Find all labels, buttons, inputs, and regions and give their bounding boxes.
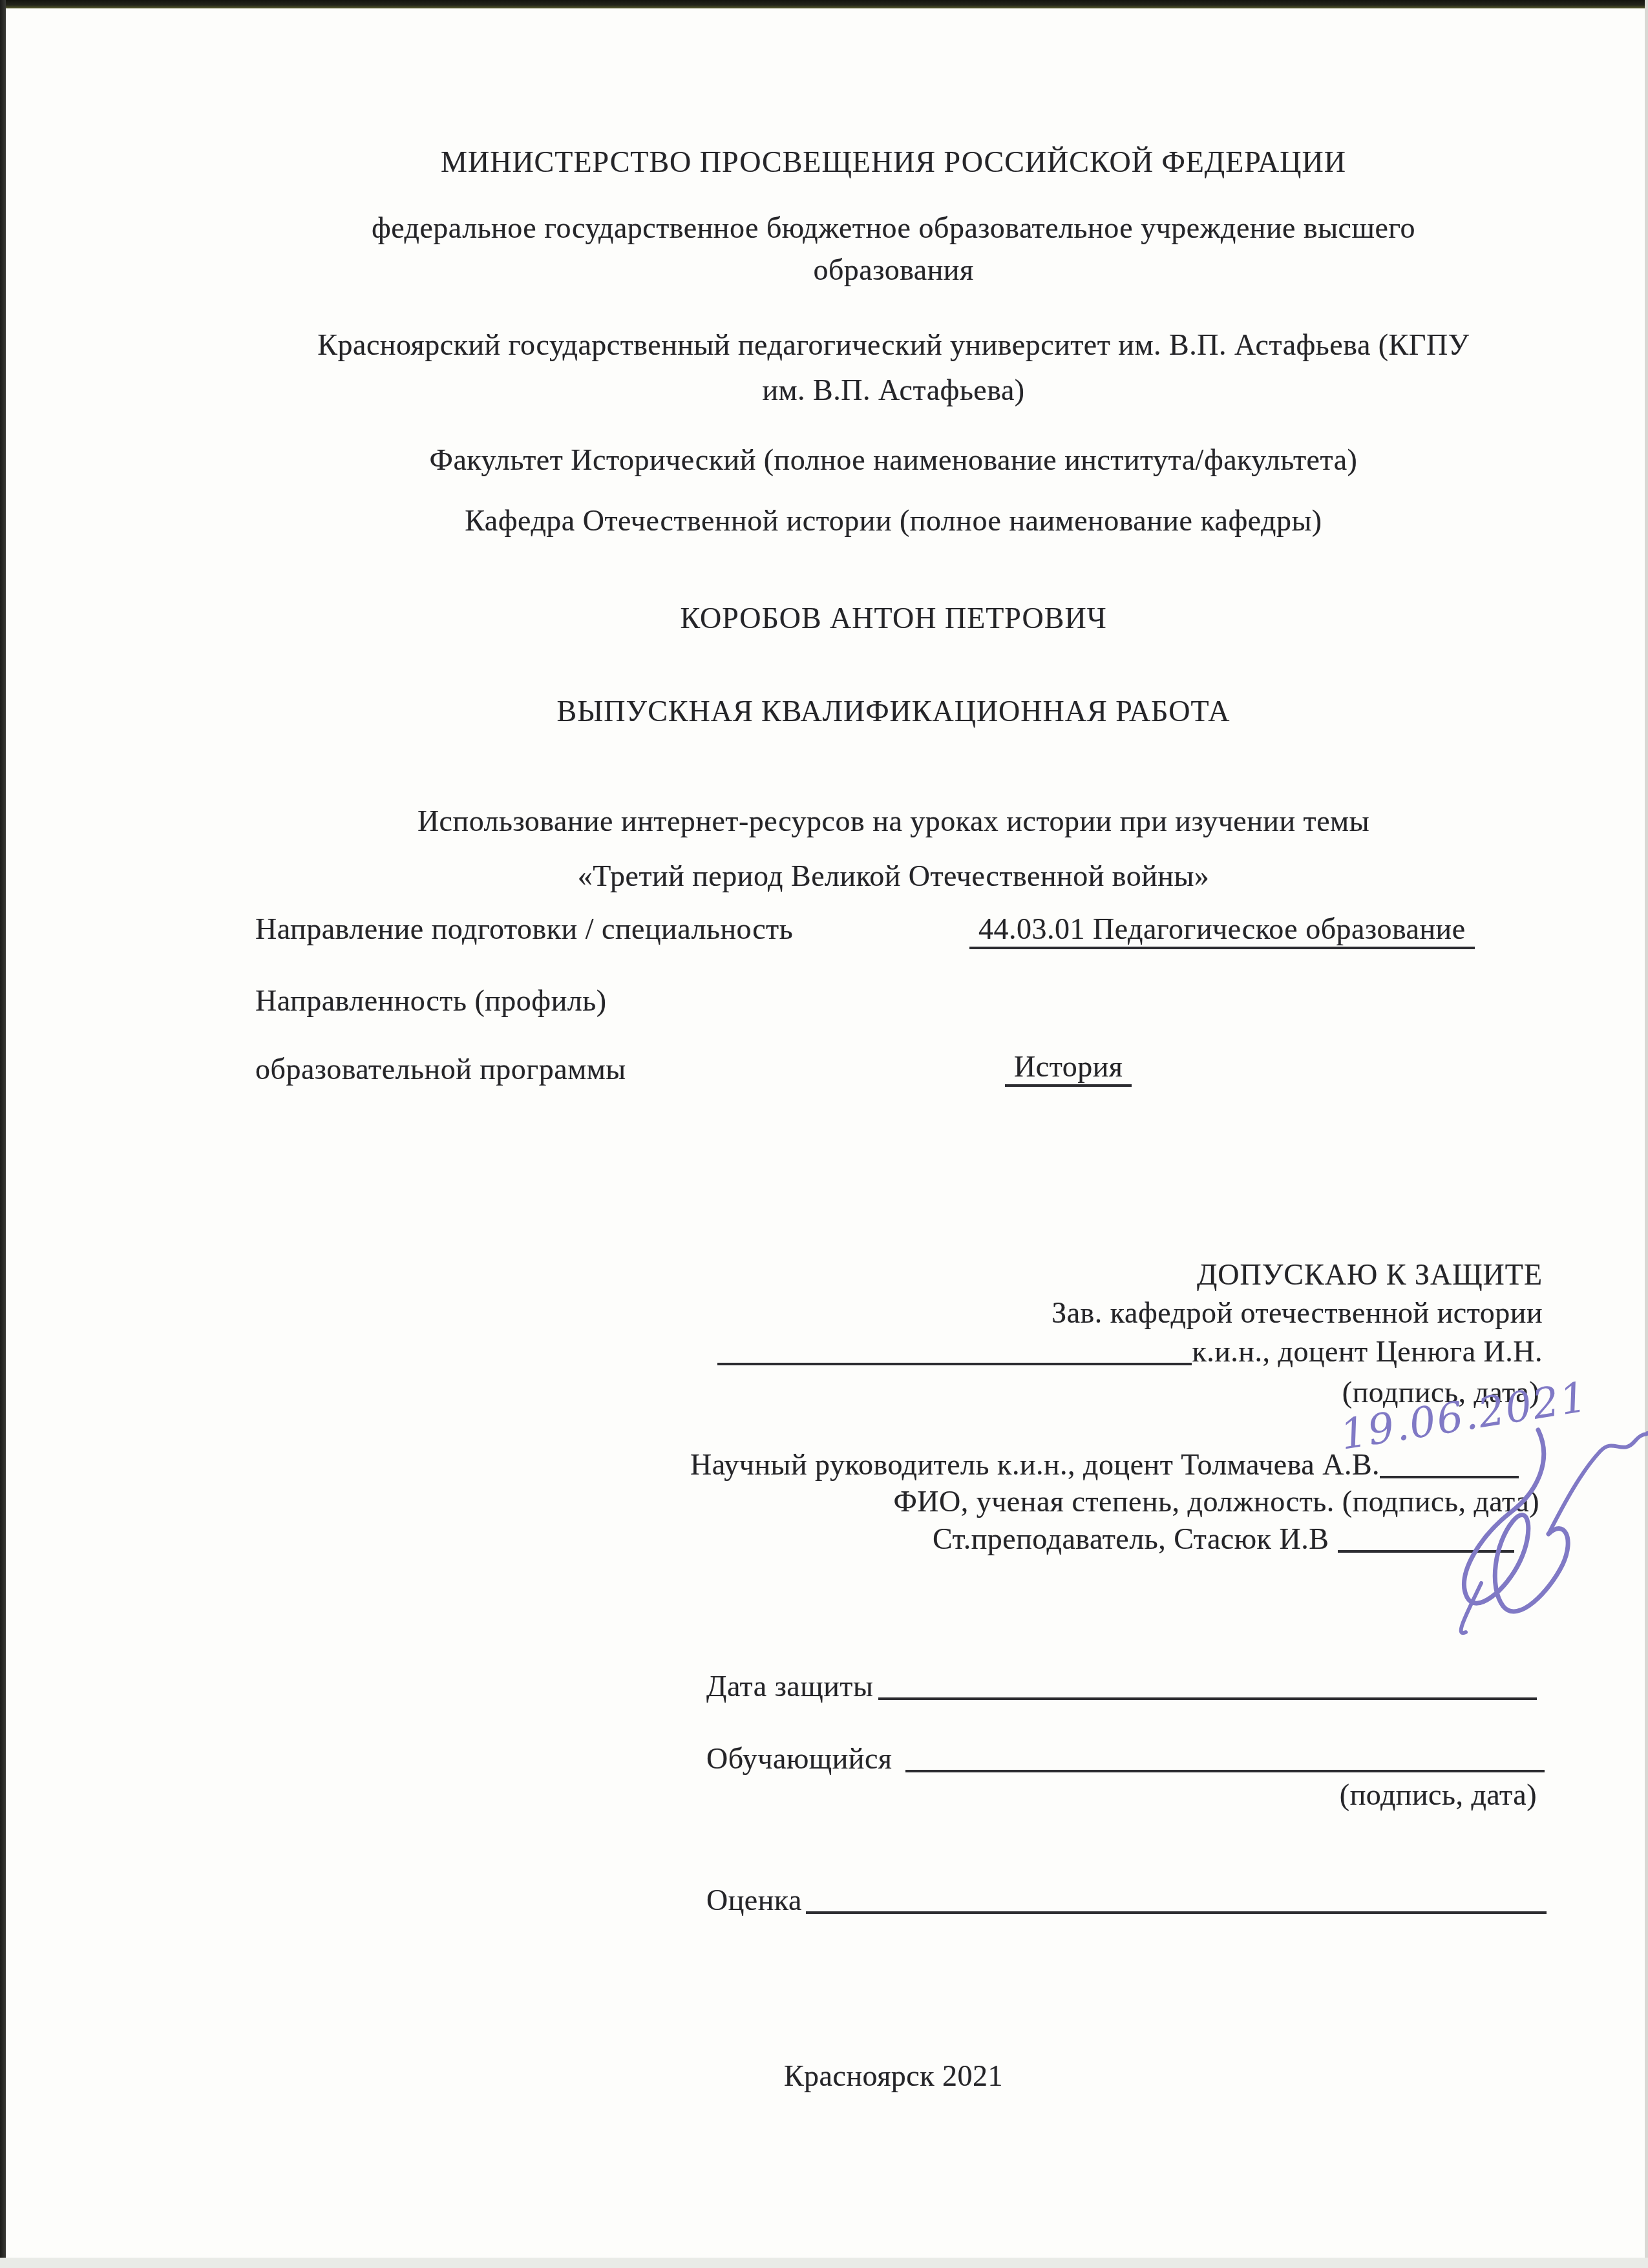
supervisor-signature-line <box>1380 1476 1519 1478</box>
signature-note-approval: (подпись, дата) <box>1342 1374 1539 1411</box>
head-signature-line <box>717 1363 1192 1365</box>
scan-artifact-bottom-edge <box>0 2258 1648 2268</box>
scan-artifact-left-edge <box>0 0 6 2268</box>
faculty-line: Факультет Исторический (полное наименова… <box>249 442 1538 478</box>
work-type-heading: ВЫПУСКНАЯ КВАЛИФИКАЦИОННАЯ РАБОТА <box>249 693 1538 730</box>
head-signature-caption: к.и.н., доцент Ценюга И.Н. <box>1192 1334 1543 1370</box>
grade-line <box>806 1911 1547 1914</box>
signature-descender-stroke <box>1461 1583 1481 1633</box>
author-name: КОРОБОВ АНТОН ПЕТРОВИЧ <box>249 600 1538 636</box>
scan-artifact-top-edge <box>0 0 1648 8</box>
supervisor-line: Научный руководитель к.и.н., доцент Толм… <box>690 1447 1380 1483</box>
signature-tail-stroke <box>1548 1433 1647 1534</box>
supervisor-note: ФИО, ученая степень, должность. (подпись… <box>893 1484 1539 1520</box>
defense-date-line <box>878 1697 1537 1700</box>
direction-value: 44.03.01 Педагогическое образование <box>969 912 1475 949</box>
approval-heading: ДОПУСКАЮ К ЗАЩИТЕ <box>1197 1257 1543 1293</box>
defense-date-label: Дата защиты <box>706 1668 873 1705</box>
student-signature-line <box>905 1770 1545 1772</box>
signature-note-student: (подпись, дата) <box>1340 1777 1537 1813</box>
ministry-heading: МИНИСТЕРСТВО ПРОСВЕЩЕНИЯ РОССИЙСКОЙ ФЕДЕ… <box>249 144 1538 180</box>
profile-value: История <box>1005 1050 1132 1087</box>
student-label: Обучающийся <box>706 1741 893 1777</box>
reviewer-signature-line <box>1338 1550 1514 1553</box>
department-line: Кафедра Отечественной истории (полное на… <box>249 503 1538 539</box>
thesis-title-line2: «Третий период Великой Отечественной вой… <box>249 858 1538 894</box>
institution-type-line1: федеральное государственное бюджетное об… <box>249 210 1538 246</box>
thesis-title-line1: Использование интернет-ресурсов на урока… <box>249 803 1538 839</box>
grade-label: Оценка <box>706 1882 802 1918</box>
reviewer-line: Ст.преподаватель, Стасюк И.В <box>933 1521 1329 1557</box>
scan-artifact-right-edge <box>1645 0 1648 2268</box>
university-name-line2: им. В.П. Астафьева) <box>249 372 1538 408</box>
profile-label-line1: Направленность (профиль) <box>255 983 607 1019</box>
direction-label: Направление подготовки / специальность <box>255 911 793 947</box>
head-of-department-line: Зав. кафедрой отечественной истории <box>1051 1295 1543 1331</box>
institution-type-line2: образования <box>249 252 1538 288</box>
thesis-title-page: МИНИСТЕРСТВО ПРОСВЕЩЕНИЯ РОССИЙСКОЙ ФЕДЕ… <box>0 0 1648 2268</box>
city-year-footer: Красноярск 2021 <box>249 2058 1538 2094</box>
profile-label-line2: образовательной программы <box>255 1051 626 1087</box>
university-name-line1: Красноярский государственный педагогичес… <box>249 327 1538 363</box>
